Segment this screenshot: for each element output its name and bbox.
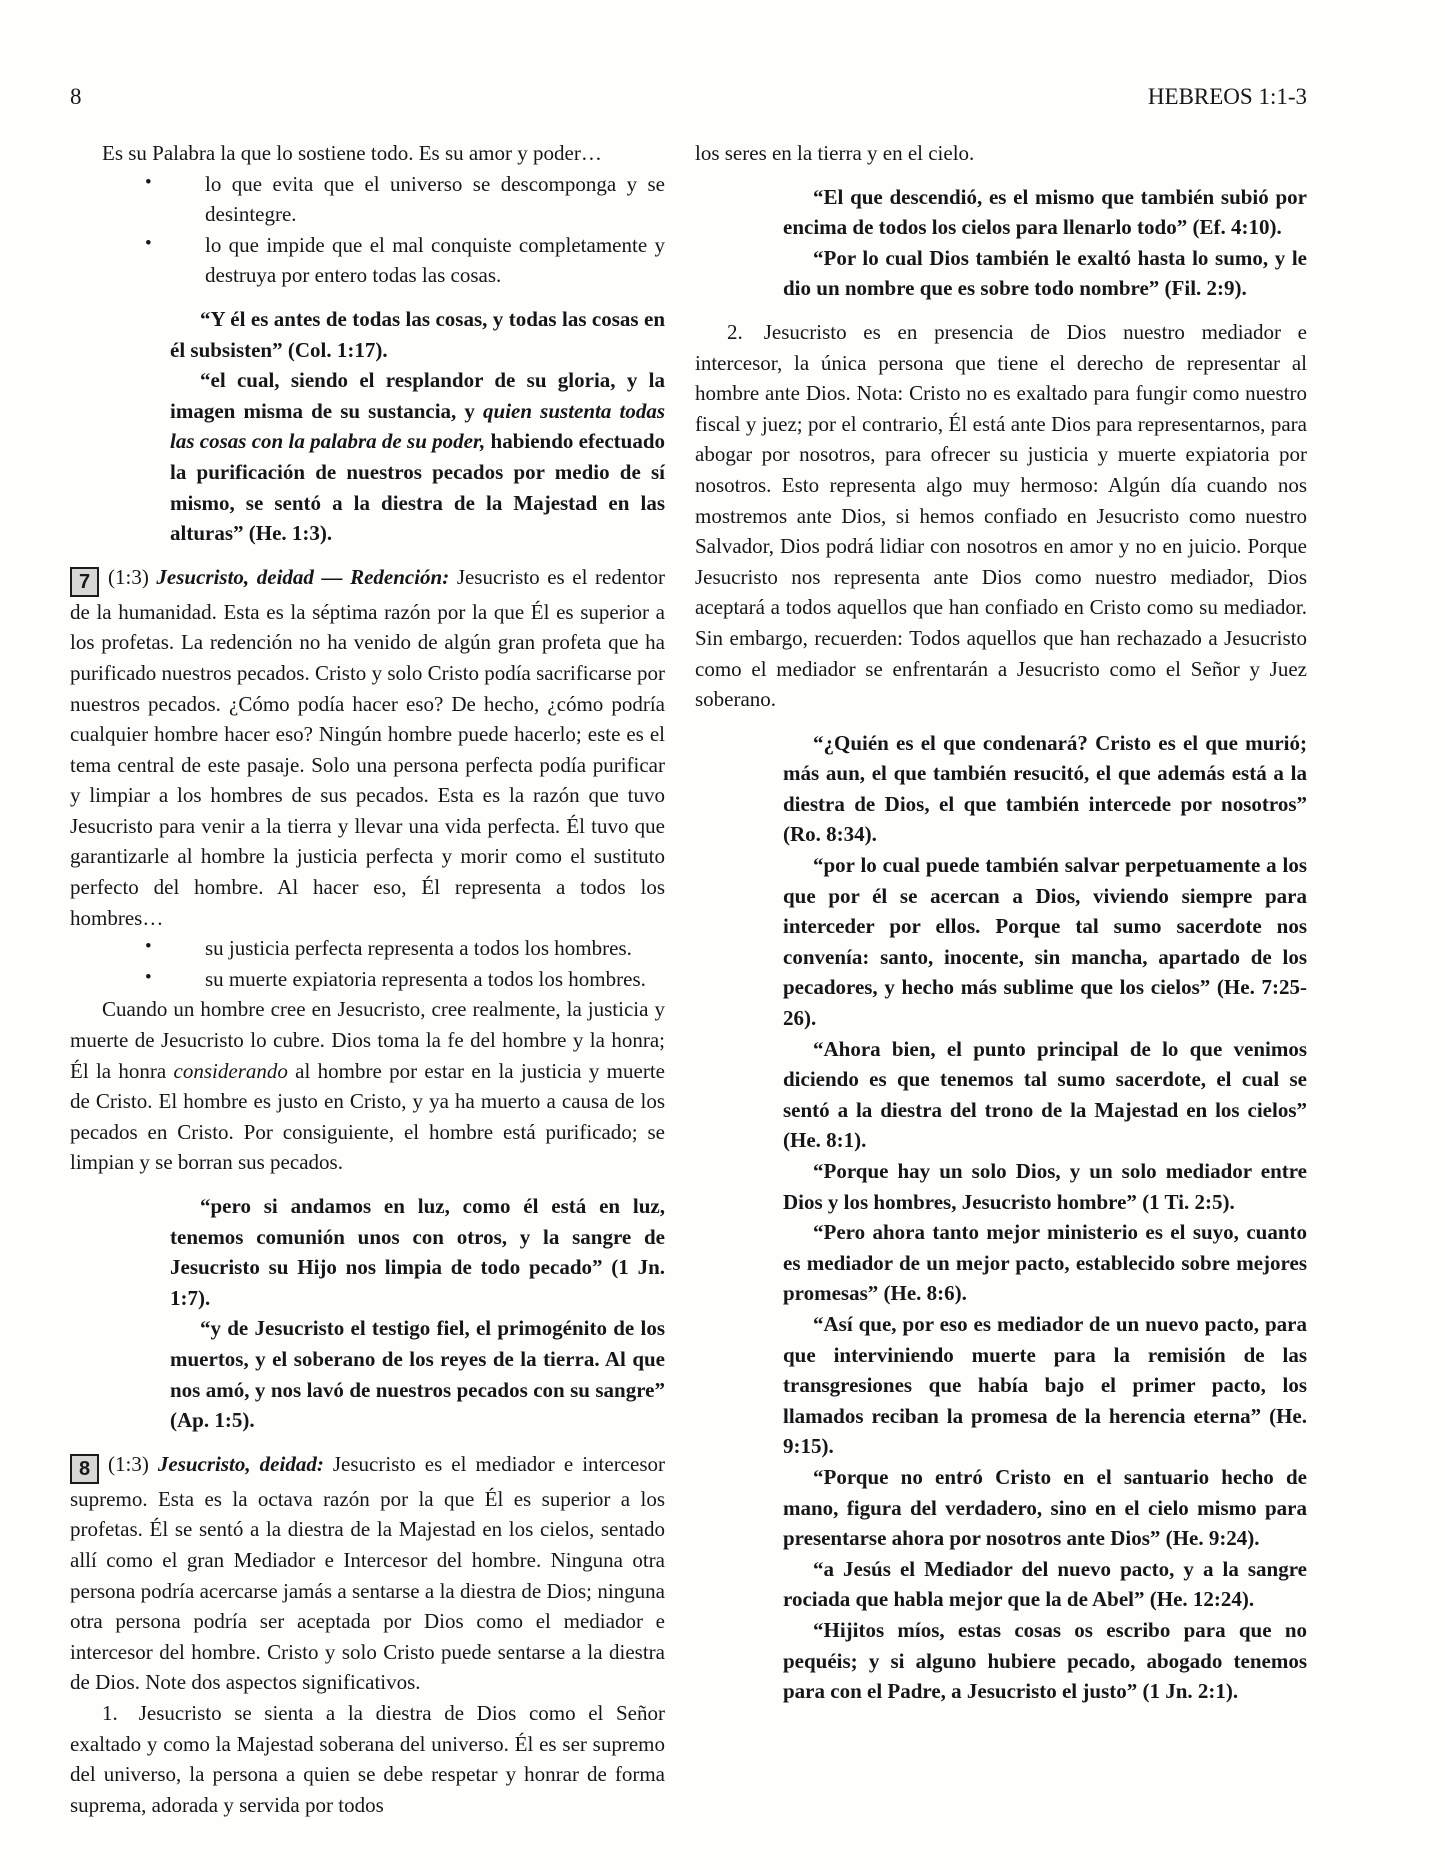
section-number-badge: 7: [70, 567, 99, 597]
page-header: 8 HEBREOS 1:1-3: [70, 84, 1307, 110]
page-title: HEBREOS 1:1-3: [1148, 84, 1307, 110]
paragraph: los seres en la tierra y en el cielo.: [695, 138, 1307, 169]
scripture-quote: “Porque hay un solo Dios, y un solo medi…: [783, 1156, 1307, 1217]
text-run: Jesucristo, deidad — Redención:: [156, 565, 449, 589]
scripture-quote: “Porque no entró Cristo en el santuario …: [783, 1462, 1307, 1554]
text-run: los seres en la tierra y en el cielo.: [695, 141, 974, 165]
text-run: Jesucristo, deidad:: [158, 1452, 324, 1476]
paragraph: 2. Jesucristo es en presencia de Dios nu…: [695, 317, 1307, 715]
text-run: su muerte expiatoria representa a todos …: [205, 967, 646, 991]
scripture-quote: “¿Quién es el que condenará? Cristo es e…: [783, 728, 1307, 850]
bullet-item: •lo que impide que el mal conquiste comp…: [70, 230, 665, 291]
text-run: “Porque hay un solo Dios, y un solo medi…: [783, 1159, 1307, 1214]
text-run: “El que descendió, es el mismo que tambi…: [783, 185, 1307, 240]
section-paragraph: 8(1:3) Jesucristo, deidad: Jesucristo es…: [70, 1449, 665, 1698]
text-run: “y de Jesucristo el testigo fiel, el pri…: [170, 1316, 665, 1432]
text-run: Jesucristo es el mediador e intercesor s…: [70, 1452, 665, 1695]
text-run: “Porque no entró Cristo en el santuario …: [783, 1465, 1307, 1550]
text-run: “Pero ahora tanto mejor ministerio es el…: [783, 1220, 1307, 1305]
text-run: (1:3): [108, 1452, 158, 1476]
text-run: lo que evita que el universo se descompo…: [205, 172, 665, 227]
text-run: “a Jesús el Mediador del nuevo pacto, y …: [783, 1557, 1307, 1612]
text-run: considerando: [174, 1059, 288, 1083]
text-run: “Y él es antes de todas las cosas, y tod…: [170, 307, 665, 362]
text-run: “Hijitos míos, estas cosas os escribo pa…: [783, 1618, 1307, 1703]
paragraph: Cuando un hombre cree en Jesucristo, cre…: [70, 994, 665, 1178]
scripture-quote: “Pero ahora tanto mejor ministerio es el…: [783, 1217, 1307, 1309]
scripture-quote: “Hijitos míos, estas cosas os escribo pa…: [783, 1615, 1307, 1707]
bullet-item: •lo que evita que el universo se descomp…: [70, 169, 665, 230]
text-run: “Por lo cual Dios también le exaltó hast…: [783, 246, 1307, 301]
bullet-marker: •: [145, 229, 152, 260]
paragraph: 1. Jesucristo se sienta a la diestra de …: [70, 1698, 665, 1820]
text-run: Jesucristo es el redentor de la humanida…: [70, 565, 665, 930]
scripture-quote: “por lo cual puede también salvar perpet…: [783, 850, 1307, 1034]
left-column: Es su Palabra la que lo sostiene todo. E…: [70, 138, 665, 1820]
scripture-quote: “Ahora bien, el punto principal de lo qu…: [783, 1034, 1307, 1156]
bullet-item: •su justicia perfecta representa a todos…: [70, 933, 665, 964]
text-run: “Ahora bien, el punto principal de lo qu…: [783, 1037, 1307, 1153]
right-column: los seres en la tierra y en el cielo.“El…: [695, 138, 1307, 1820]
text-run: (1:3): [108, 565, 156, 589]
text-run: su justicia perfecta representa a todos …: [205, 936, 632, 960]
bullet-marker: •: [145, 963, 152, 994]
scripture-quote: “pero si andamos en luz, como él está en…: [170, 1191, 665, 1313]
bullet-marker: •: [145, 932, 152, 963]
scripture-quote: “y de Jesucristo el testigo fiel, el pri…: [170, 1313, 665, 1435]
text-run: 2. Jesucristo es en presencia de Dios nu…: [695, 320, 1307, 711]
document-page: 8 HEBREOS 1:1-3 Es su Palabra la que lo …: [0, 0, 1445, 1870]
scripture-quote: “Así que, por eso es mediador de un nuev…: [783, 1309, 1307, 1462]
page-number: 8: [70, 84, 82, 110]
text-run: “por lo cual puede también salvar perpet…: [783, 853, 1307, 1030]
scripture-quote: “Por lo cual Dios también le exaltó hast…: [783, 243, 1307, 304]
paragraph: Es su Palabra la que lo sostiene todo. E…: [70, 138, 665, 169]
scripture-quote: “el cual, siendo el resplandor de su glo…: [170, 365, 665, 549]
text-run: 1. Jesucristo se sienta a la diestra de …: [70, 1701, 665, 1817]
text-run: lo que impide que el mal conquiste compl…: [205, 233, 665, 288]
bullet-item: •su muerte expiatoria representa a todos…: [70, 964, 665, 995]
scripture-quote: “Y él es antes de todas las cosas, y tod…: [170, 304, 665, 365]
section-number-badge: 8: [70, 1454, 99, 1484]
scripture-quote: “El que descendió, es el mismo que tambi…: [783, 182, 1307, 243]
section-paragraph: 7(1:3) Jesucristo, deidad — Redención: J…: [70, 562, 665, 934]
text-run: “pero si andamos en luz, como él está en…: [170, 1194, 665, 1310]
text-run: “¿Quién es el que condenará? Cristo es e…: [783, 731, 1307, 847]
bullet-marker: •: [145, 168, 152, 199]
scripture-quote: “a Jesús el Mediador del nuevo pacto, y …: [783, 1554, 1307, 1615]
page-content: Es su Palabra la que lo sostiene todo. E…: [70, 138, 1307, 1820]
text-run: “Así que, por eso es mediador de un nuev…: [783, 1312, 1307, 1458]
text-run: Es su Palabra la que lo sostiene todo. E…: [102, 141, 602, 165]
